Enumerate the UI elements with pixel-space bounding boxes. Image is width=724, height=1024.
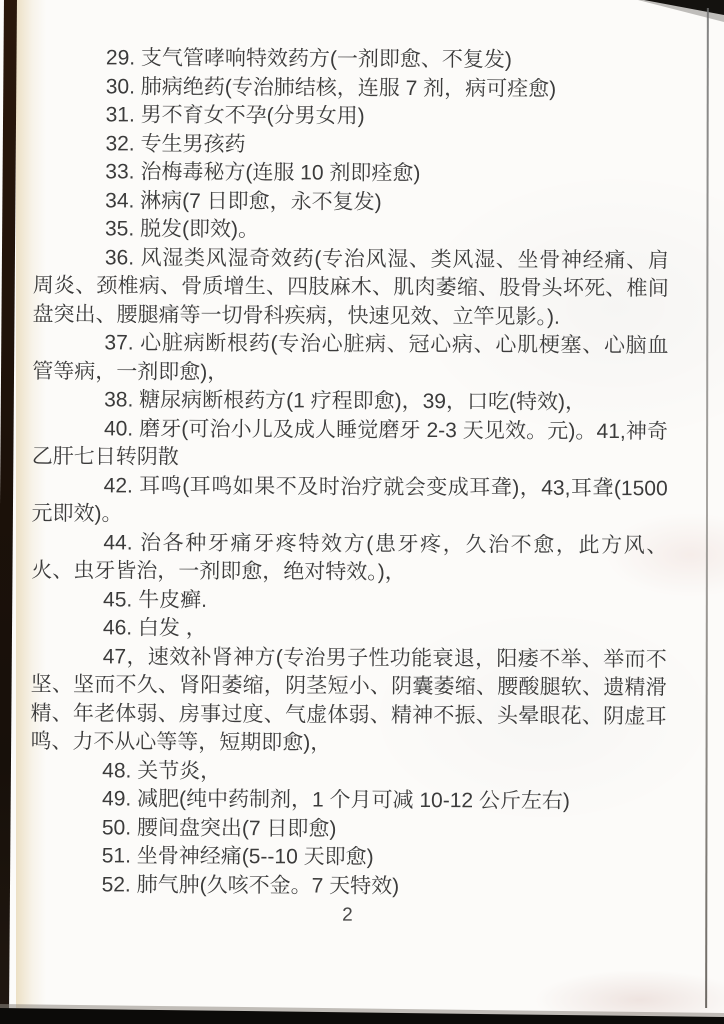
list-item-42-43: 42. 耳鸣(耳鸣如果不及时治疗就会变成耳聋)，43,耳聋(1500 元即效)。 [31,471,667,531]
scanned-document-page: 29. 支气管哮响特效药方(一剂即愈、不复发) 30. 肺病绝药(专治肺结核，连… [0,0,724,1024]
list-item-46: 46. 白发 ， [31,614,667,646]
list-item-38-39: 38. 糖尿病断根药方(1 疗程即愈)，39，口吃(特效)， [32,386,668,418]
list-item-33: 33. 治梅毒秘方(连服 10 剂即痊愈) [33,158,669,190]
list-item-34: 34. 淋病(7 日即愈，永不复发) [33,186,669,218]
list-item-29: 29. 支气管哮响特效药方(一剂即愈、不复发) [34,44,670,76]
list-item-32: 32. 专生男孩药 [33,129,669,161]
list-item-31: 31. 男不育女不孕(分男女用) [34,101,670,133]
list-item-30: 30. 肺病绝药(专治肺结核，连服 7 剂，病可痊愈) [34,72,670,104]
list-item-49: 49. 减肥(纯中药制剂，1 个月可减 10-12 公斤左右) [30,785,666,817]
list-item-36: 36. 风湿类风湿奇效药(专治风湿、类风湿、坐骨神经痛、肩周炎、颈椎病、骨质增生… [33,243,669,332]
list-item-37: 37. 心脏病断根药(专治心脏病、冠心病、心肌梗塞、心脑血管等病，一剂即愈)， [32,329,668,389]
page-right-edge-line [705,8,709,1008]
remedy-list: 29. 支气管哮响特效药方(一剂即愈、不复发) 30. 肺病绝药(专治肺结核，连… [29,44,670,951]
list-item-51: 51. 坐骨神经痛(5--10 天即愈) [30,842,666,874]
list-item-40-41: 40. 磨牙(可治小儿及成人睡觉磨牙 2-3 天见效。元)。41,神奇乙肝七日转… [32,414,668,474]
scan-left-binding-edge [0,0,17,1018]
list-item-48: 48. 关节炎， [30,756,666,788]
list-item-35: 35. 脱发(即效)。 [33,215,669,247]
list-item-44: 44. 治各种牙痛牙疼特效方(患牙疼，久治不愈，此方风、火、虫牙皆治，一剂即愈，… [31,528,667,588]
list-item-47: 47，速效补肾神方(专治男子性功能衰退，阳痿不举、举而不坚、坚而不久、肾阳萎缩，… [30,642,667,759]
list-item-52: 52. 肺气肿(久咳不金。7 天特效) [30,870,666,902]
list-item-45: 45. 牛皮癣. [31,585,667,617]
list-item-50: 50. 腰间盘突出(7 日即愈) [30,813,666,845]
page-number: 2 [29,900,665,932]
